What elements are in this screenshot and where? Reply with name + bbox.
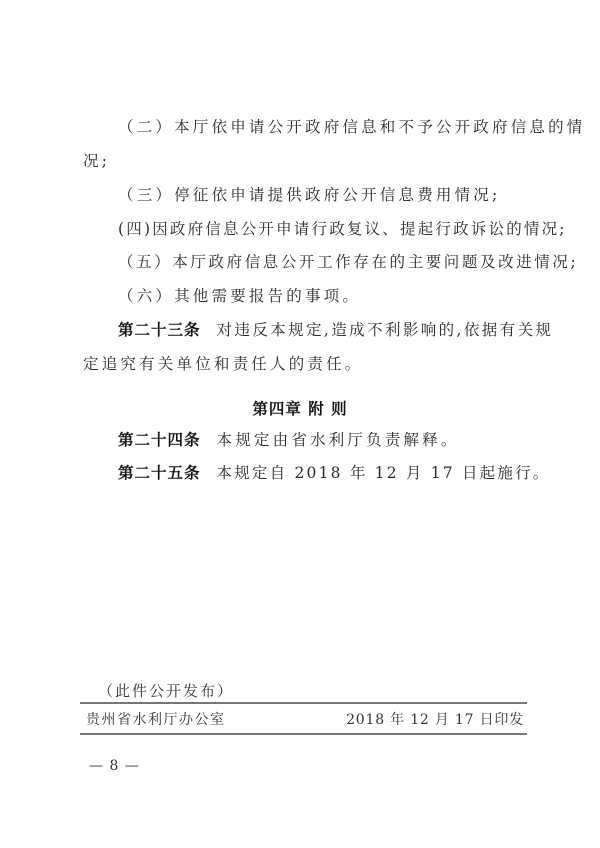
- issuer: 贵州省水利厅办公室: [86, 709, 226, 729]
- item-3: （三）停征依申请提供政府公开信息费用情况;: [118, 185, 563, 205]
- article-23-line-1: 第二十三条对违反本规定,造成不利影响的,依据有关规: [118, 320, 563, 340]
- article-25-label: 第二十五条: [118, 464, 201, 482]
- item-2-line-2: 况;: [83, 151, 528, 171]
- item-6: （六）其他需要报告的事项。: [118, 286, 563, 306]
- article-24-label: 第二十四条: [118, 431, 201, 449]
- public-release-note: （此件公开发布）: [98, 680, 234, 701]
- item-5: （五）本厅政府信息公开工作存在的主要问题及改进情况;: [118, 252, 563, 272]
- article-23-text: 对违反本规定,造成不利影响的,依据有关规: [217, 321, 554, 339]
- page-number: — 8 —: [89, 758, 140, 774]
- issue-date: 2018 年 12 月 17 日印发: [346, 709, 524, 729]
- item-4: (四)因政府信息公开申请行政复议、提起行政诉讼的情况;: [118, 219, 563, 239]
- article-23-line-2: 定追究有关单位和责任人的责任。: [83, 354, 528, 374]
- article-25: 第二十五条本规定自 2018 年 12 月 17 日起施行。: [118, 463, 563, 483]
- chapter-heading: 第四章 附 则: [0, 397, 600, 419]
- article-24: 第二十四条本规定由省水利厅负责解释。: [118, 430, 563, 450]
- item-2-line-1: （二）本厅依申请公开政府信息和不予公开政府信息的情: [118, 117, 563, 137]
- article-25-text: 本规定自 2018 年 12 月 17 日起施行。: [217, 464, 551, 482]
- footer-bottom-rule: [80, 733, 527, 735]
- article-24-text: 本规定由省水利厅负责解释。: [217, 431, 460, 449]
- article-23-label: 第二十三条: [118, 321, 201, 339]
- footer-top-rule: [80, 702, 527, 704]
